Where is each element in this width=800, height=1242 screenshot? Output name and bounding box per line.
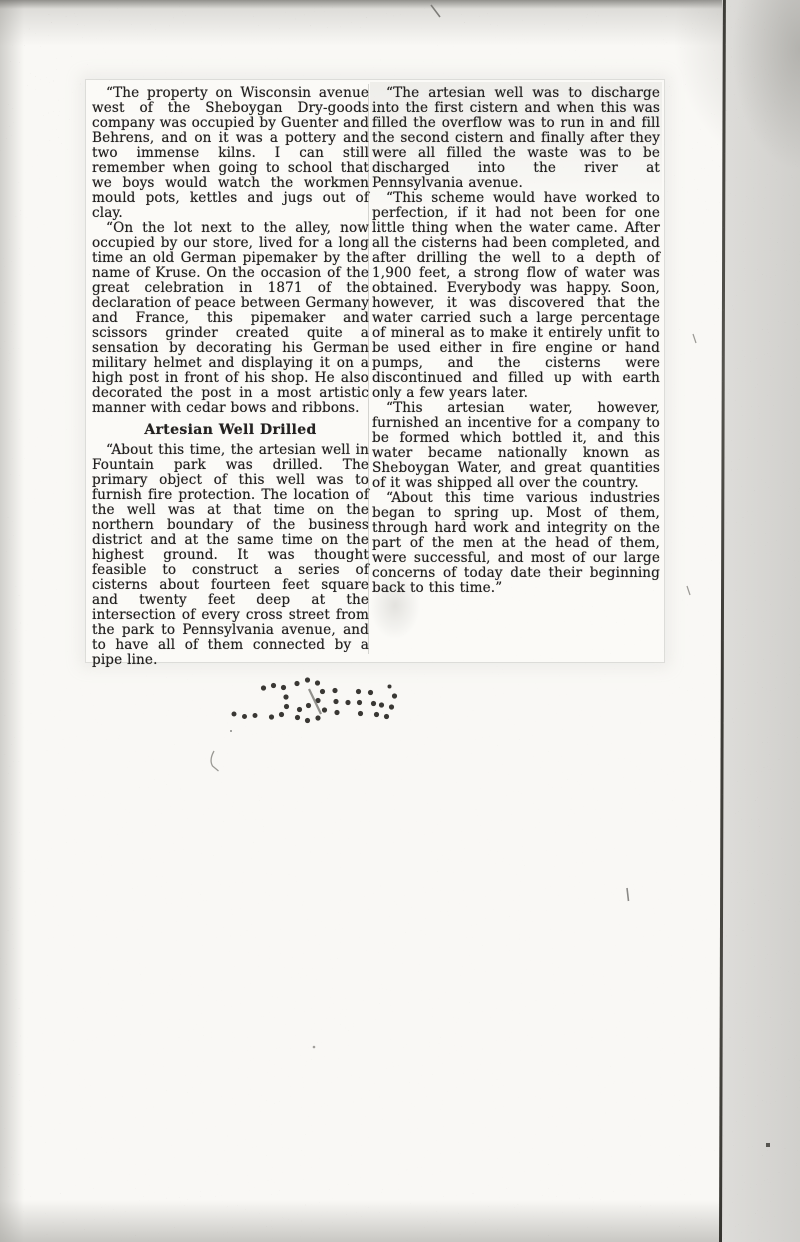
paragraph: “About this time various industries bega…	[372, 491, 660, 596]
scan-tick	[687, 586, 690, 595]
paragraph: “This artesian water, however, furnished…	[372, 401, 660, 491]
paragraph: “The property on Wisconsin avenue west o…	[92, 86, 369, 221]
left-column: “The property on Wisconsin avenue west o…	[92, 86, 369, 668]
paragraph: “On the lot next to the alley, now occup…	[92, 221, 369, 416]
scan-tick	[431, 5, 440, 17]
adjacent-page-margin	[722, 0, 800, 1242]
right-column: “The artesian well was to discharge into…	[372, 86, 660, 596]
section-heading: Artesian Well Drilled	[92, 423, 369, 438]
scan-tick	[693, 334, 696, 343]
scan-tick	[627, 888, 629, 901]
column-seam	[368, 84, 369, 654]
paragraph: “About this time, the artesian well in F…	[92, 443, 369, 668]
newspaper-clipping: “The property on Wisconsin avenue west o…	[86, 80, 664, 662]
stamp-scratch	[309, 689, 321, 714]
paragraph: “The artesian well was to discharge into…	[372, 86, 660, 191]
paragraph: “This scheme would have worked to perfec…	[372, 191, 660, 401]
pen-mark	[211, 751, 218, 771]
scanned-page: “The property on Wisconsin avenue west o…	[0, 0, 800, 1242]
